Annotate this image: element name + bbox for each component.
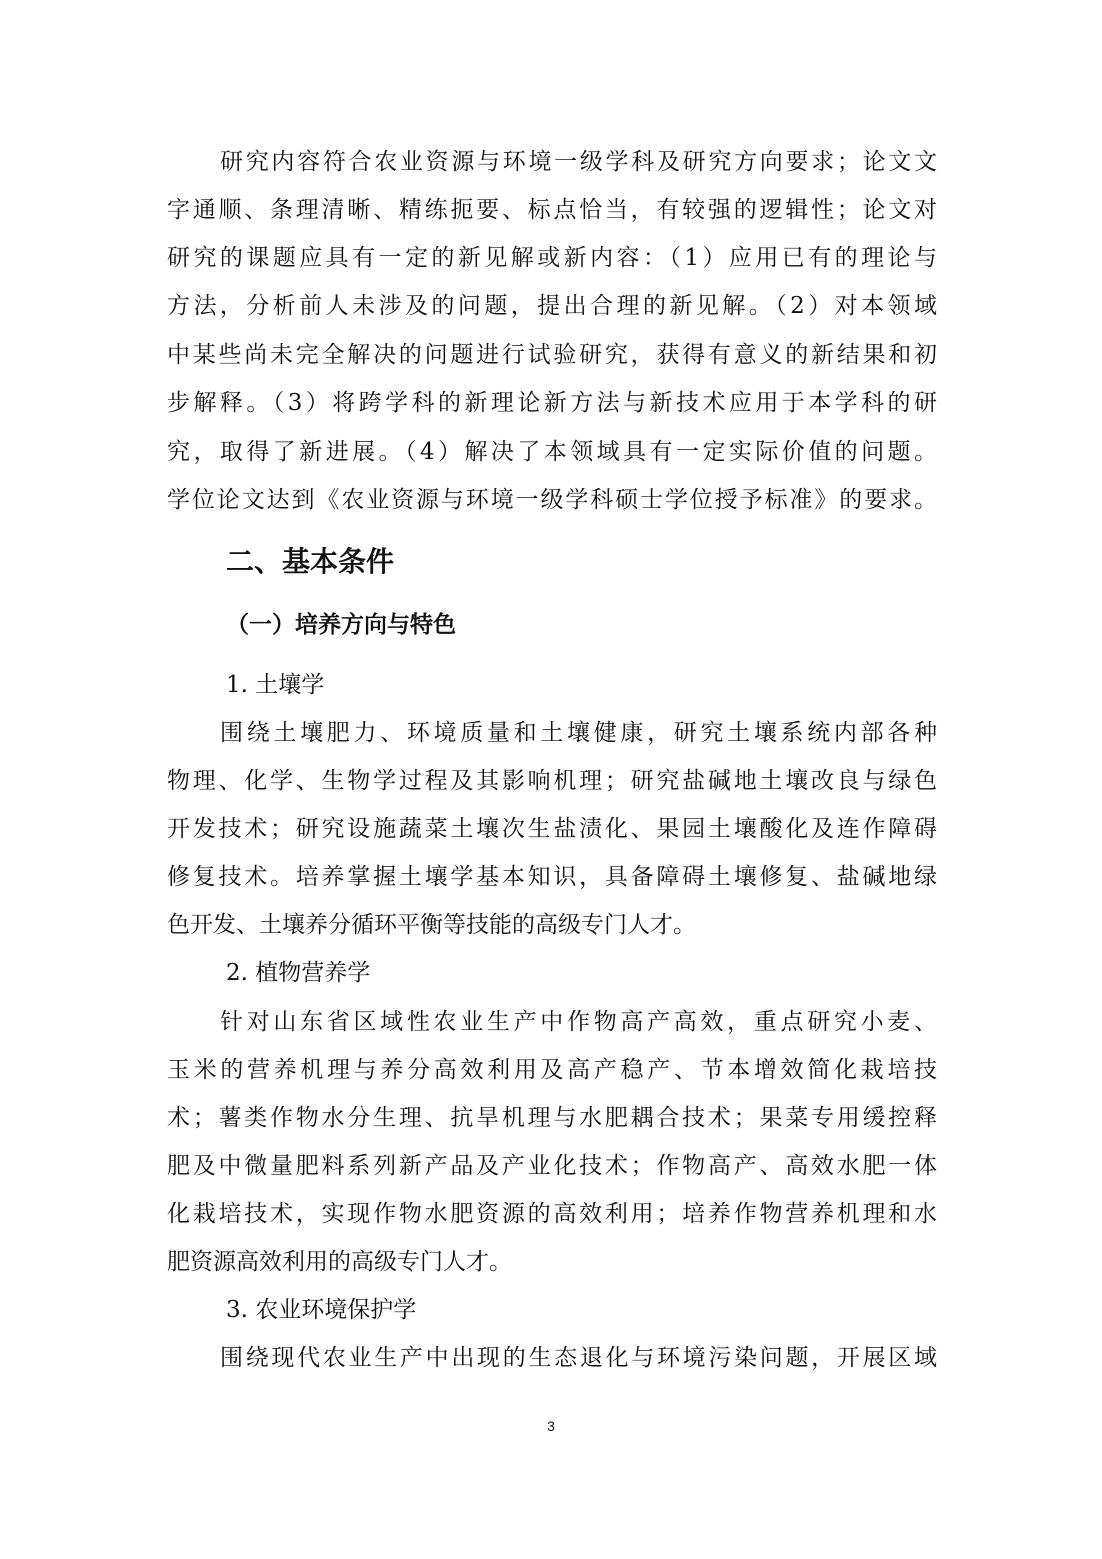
paragraph-line: 玉米的营养机理与养分高效利用及高产稳产、节本增效简化栽培技 xyxy=(167,1055,937,1085)
paragraph-line: 究，取得了新进展。（4）解决了本领域具有一定实际价值的问题。 xyxy=(167,437,937,467)
direction-title: 2. 植物营养学 xyxy=(226,958,370,988)
paragraph-line: 字通顺、条理清晰、精练扼要、标点恰当，有较强的逻辑性；论文对 xyxy=(167,195,937,225)
paragraph-line: 化栽培技术，实现作物水肥资源的高效利用；培养作物营养机理和水 xyxy=(167,1199,937,1229)
paragraph-line: 方法，分析前人未涉及的问题，提出合理的新见解。（2）对本领域 xyxy=(167,291,937,321)
paragraph-line: 研究内容符合农业资源与环境一级学科及研究方向要求；论文文 xyxy=(220,147,937,177)
document-page: 研究内容符合农业资源与环境一级学科及研究方向要求；论文文 字通顺、条理清晰、精练… xyxy=(0,0,1102,1559)
paragraph-line: 步解释。（3）将跨学科的新理论新方法与新技术应用于本学科的研 xyxy=(167,388,937,418)
direction-title: 1. 土壤学 xyxy=(226,670,324,700)
paragraph-line: 学位论文达到《农业资源与环境一级学科硕士学位授予标准》的要求。 xyxy=(167,485,937,515)
paragraph-line: 围绕现代农业生产中出现的生态退化与环境污染问题，开展区域 xyxy=(220,1343,937,1373)
paragraph-line: 开发技术；研究设施蔬菜土壤次生盐渍化、果园土壤酸化及连作障碍 xyxy=(167,814,937,844)
page-number: 3 xyxy=(0,1418,1102,1434)
paragraph-line: 色开发、土壤养分循环平衡等技能的高级专门人才。 xyxy=(167,910,937,940)
section-heading: 二、基本条件 xyxy=(226,545,394,579)
paragraph-line: 针对山东省区域性农业生产中作物高产高效，重点研究小麦、 xyxy=(220,1007,937,1037)
paragraph-line: 物理、化学、生物学过程及其影响机理；研究盐碱地土壤改良与绿色 xyxy=(167,766,937,796)
paragraph-line: 肥及中微量肥料系列新产品及产业化技术；作物高产、高效水肥一体 xyxy=(167,1151,937,1181)
subsection-heading: （一）培养方向与特色 xyxy=(226,610,456,640)
paragraph-line: 围绕土壤肥力、环境质量和土壤健康，研究土壤系统内部各种 xyxy=(220,718,937,748)
paragraph-line: 中某些尚未完全解决的问题进行试验研究，获得有意义的新结果和初 xyxy=(167,340,937,370)
paragraph-line: 肥资源高效利用的高级专门人才。 xyxy=(167,1247,937,1277)
direction-title: 3. 农业环境保护学 xyxy=(226,1295,416,1325)
paragraph-line: 修复技术。培养掌握土壤学基本知识，具备障碍土壤修复、盐碱地绿 xyxy=(167,862,937,892)
paragraph-line: 术；薯类作物水分生理、抗旱机理与水肥耦合技术；果菜专用缓控释 xyxy=(167,1103,937,1133)
paragraph-line: 研究的课题应具有一定的新见解或新内容：（1）应用已有的理论与 xyxy=(167,243,937,273)
